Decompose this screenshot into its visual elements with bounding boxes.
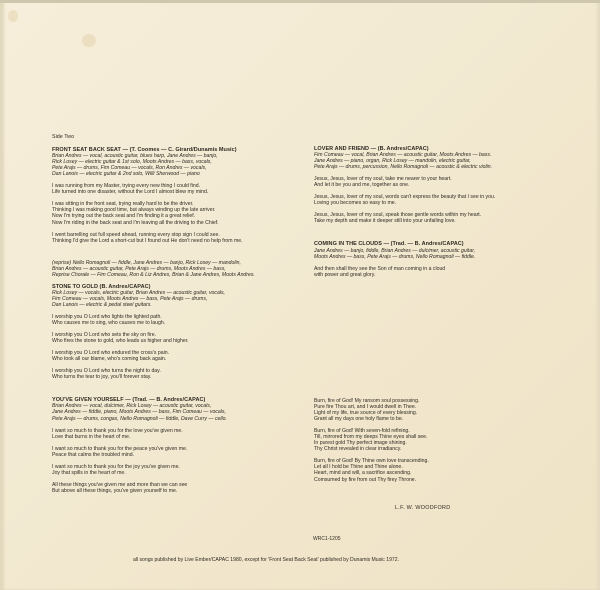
lyric-line: Who fires the stone to gold, who leads u…	[52, 338, 302, 344]
lyric-stanza: I worship you O Lord who lights the ligh…	[52, 314, 302, 326]
lyric-stanza: All these things you've given me and mor…	[52, 482, 302, 494]
poem-line: Grant all my days one holy flame to be.	[314, 416, 576, 422]
album-liner-page: Side Two FRONT SEAT BACK SEAT — (T. Coom…	[0, 0, 600, 590]
poem-line: Comsumed by fire from out Thy firey Thro…	[314, 477, 576, 483]
left-song-list: FRONT SEAT BACK SEAT — (T. Coomes — C. G…	[52, 147, 302, 494]
song-credits: Rick Losey — vocals, electric guitar, Br…	[52, 290, 302, 308]
spacer	[314, 224, 576, 241]
song-credits: Jane Andres — banjo, fiddle, Brian Andre…	[314, 248, 576, 260]
song-block: YOU'VE GIVEN YOURSELF — (Trad. — B. Andr…	[52, 380, 302, 494]
lyric-line: Now I'm riding in the back seat and I'm …	[52, 220, 302, 226]
poem: Burn, fire of God! My ransom soul posses…	[314, 398, 576, 483]
credit-line: Moots Andres — bass, Pete Arajs — drums,…	[314, 254, 576, 260]
lyric-stanza: I worship you O Lord who endured the cro…	[52, 350, 302, 362]
lyric-line: Peace that calms the troubled mind.	[52, 452, 302, 458]
lyric-line: Joy that spills in the heart of me.	[52, 470, 302, 476]
song-block: STONE TO GOLD (B. Andres/CAPAC)Rick Lose…	[52, 278, 302, 381]
spacer	[52, 380, 302, 397]
paper-stain	[82, 34, 96, 47]
lyric-stanza: I was sitting in the front seat, trying …	[52, 201, 302, 225]
poem-stanza: Burn, fire of God! My ransom soul posses…	[314, 398, 576, 422]
song-credits: Brian Andres — vocal, dulcimer, Rick Los…	[52, 403, 302, 421]
lyric-line: Loving you becomes so easy to me.	[314, 200, 576, 206]
lyric-stanza: I went barrelling out full speed ahead, …	[52, 232, 302, 244]
song-credits: Fim Comeau — vocal, Brian Andres — acous…	[314, 152, 576, 170]
reprise-credits: (reprise) Nello Romagnoli — fiddle, Jane…	[52, 260, 302, 278]
lyric-stanza: Jesus, Jesus, lover of my soul, speak th…	[314, 212, 576, 224]
lyric-stanza: Jesus, Jesus, lover of my soul, take me …	[314, 176, 576, 188]
credit-line: Dan Lanois — electric guitar & 2nd solo,…	[52, 171, 302, 177]
lyric-line: with power and great glory.	[314, 272, 576, 278]
credit-line: Pete Arajs — drums, congas, Nello Romagn…	[52, 416, 302, 422]
catalog-number: WRC1-1205	[313, 536, 341, 542]
poem-line: Thy Christ revealed in clear irradiancy.	[314, 446, 576, 452]
lyric-stanza: I worship you O Lord who sets the sky on…	[52, 332, 302, 344]
lyric-stanza: I was running from my Master, trying eve…	[52, 183, 302, 195]
side-label: Side Two	[52, 134, 302, 140]
lyric-stanza: Jesus, Jesus, lover of my soul, words ca…	[314, 194, 576, 206]
lyric-stanza: I want so much to thank you for the joy …	[52, 464, 302, 476]
song-block: LOVER AND FRIEND — (B. Andres/CAPAC)Fim …	[314, 146, 576, 224]
lyric-stanza: I want so much to thank you for the love…	[52, 428, 302, 440]
poem-stanza: Burn, fire of God! With seven-fold refin…	[314, 428, 576, 452]
poem-author: L.F. W. WOODFORD	[395, 505, 450, 511]
lyric-stanza: I want so much to thank you for the peac…	[52, 446, 302, 458]
lyric-line: Who causes me to sing, who causes me to …	[52, 320, 302, 326]
lyric-line: Thinking I'd give the Lord a short-cut b…	[52, 238, 302, 244]
right-column: LOVER AND FRIEND — (B. Andres/CAPAC)Fim …	[314, 146, 576, 278]
credit-line: Dan Lanois — electric & pedal steel guit…	[52, 302, 302, 308]
lyric-stanza: And then shall they see the Son of man c…	[314, 266, 576, 278]
lyric-line: Life turned into one disaster, without t…	[52, 189, 302, 195]
credit-line: Pete Arajs — drums, percussion, Nello Ro…	[314, 164, 576, 170]
song-block: COMING IN THE CLOUDS — (Trad. — B. Andre…	[314, 224, 576, 277]
publishing-footer: all songs published by Live Ember/CAPAC …	[133, 557, 399, 563]
lyric-line: And let it be you and me, together as on…	[314, 182, 576, 188]
lyric-line: Who took all our blame, who's coming bac…	[52, 356, 302, 362]
paper-stain	[8, 10, 18, 22]
song-credits: Brian Andres — vocal, acoustic guitar, b…	[52, 153, 302, 177]
song-block: FRONT SEAT BACK SEAT — (T. Coomes — C. G…	[52, 147, 302, 278]
left-column: Side Two FRONT SEAT BACK SEAT — (T. Coom…	[52, 134, 302, 494]
right-song-list: LOVER AND FRIEND — (B. Andres/CAPAC)Fim …	[314, 146, 576, 278]
poem-stanza: Burn, fire of God! By Thine own love tra…	[314, 458, 576, 482]
lyric-stanza: I worship you O Lord who turns the night…	[52, 368, 302, 380]
lyric-line: Love that burns in the heart of me.	[52, 434, 302, 440]
lyric-line: But above all these things, you've given…	[52, 488, 302, 494]
